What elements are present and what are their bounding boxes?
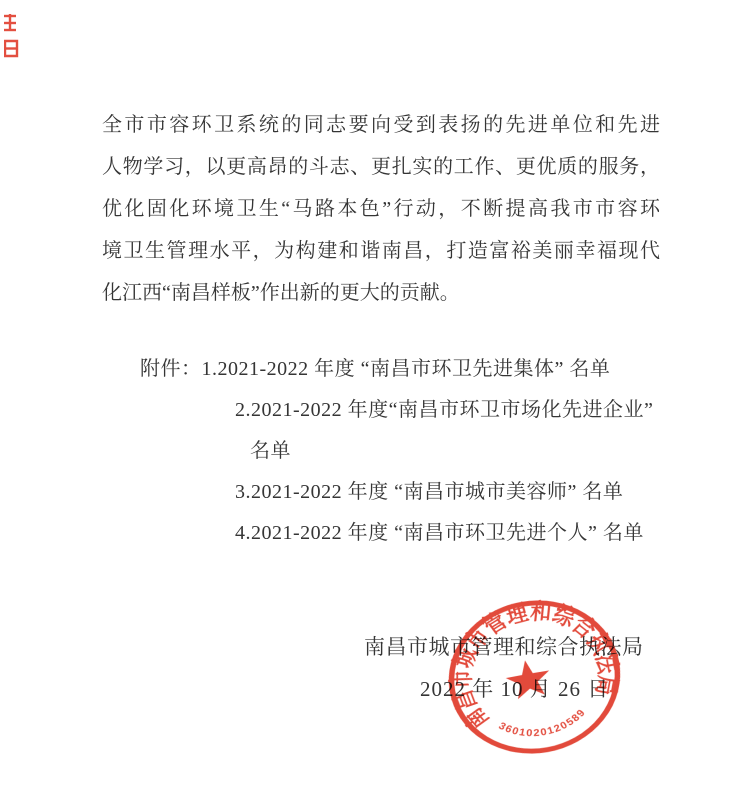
seal-star-icon [503, 657, 553, 701]
red-stamp-fragment-icon [4, 39, 21, 58]
paragraph-line: 优化固化环境卫生“马路本色”行动，不断提高我市市容环 [102, 188, 660, 230]
attachment-line: 4.2021-2022 年度 “南昌市环卫先进个人” 名单 [235, 512, 644, 554]
red-stamp-fragment-icon [4, 13, 21, 32]
attachment-line: 2.2021-2022 年度“南昌市环卫市场化先进企业” [235, 389, 653, 431]
paragraph-line: 化江西“南昌样板”作出新的更大的贡献。 [102, 272, 660, 314]
scanned-document-page: 全市市容环卫系统的同志要向受到表扬的先进单位和先进 人物学习，以更高昂的斗志、更… [0, 0, 755, 790]
red-stamp-fragments [4, 13, 24, 63]
attachment-line: 附件：1.2021-2022 年度 “南昌市环卫先进集体” 名单 [140, 348, 610, 390]
attachment-line: 3.2021-2022 年度 “南昌市城市美容师” 名单 [235, 471, 623, 513]
paragraph-line: 全市市容环卫系统的同志要向受到表扬的先进单位和先进 [102, 104, 660, 146]
paragraph-line: 人物学习，以更高昂的斗志、更扎实的工作、更优质的服务， [102, 146, 660, 188]
paragraph-line: 境卫生管理水平，为构建和谐南昌，打造富裕美丽幸福现代 [102, 230, 660, 272]
official-seal: 南昌市城市管理和综合执法局 3601020120589 [429, 580, 640, 774]
attachment-line: 名单 [250, 430, 291, 472]
body-paragraph: 全市市容环卫系统的同志要向受到表扬的先进单位和先进 人物学习，以更高昂的斗志、更… [102, 104, 660, 314]
